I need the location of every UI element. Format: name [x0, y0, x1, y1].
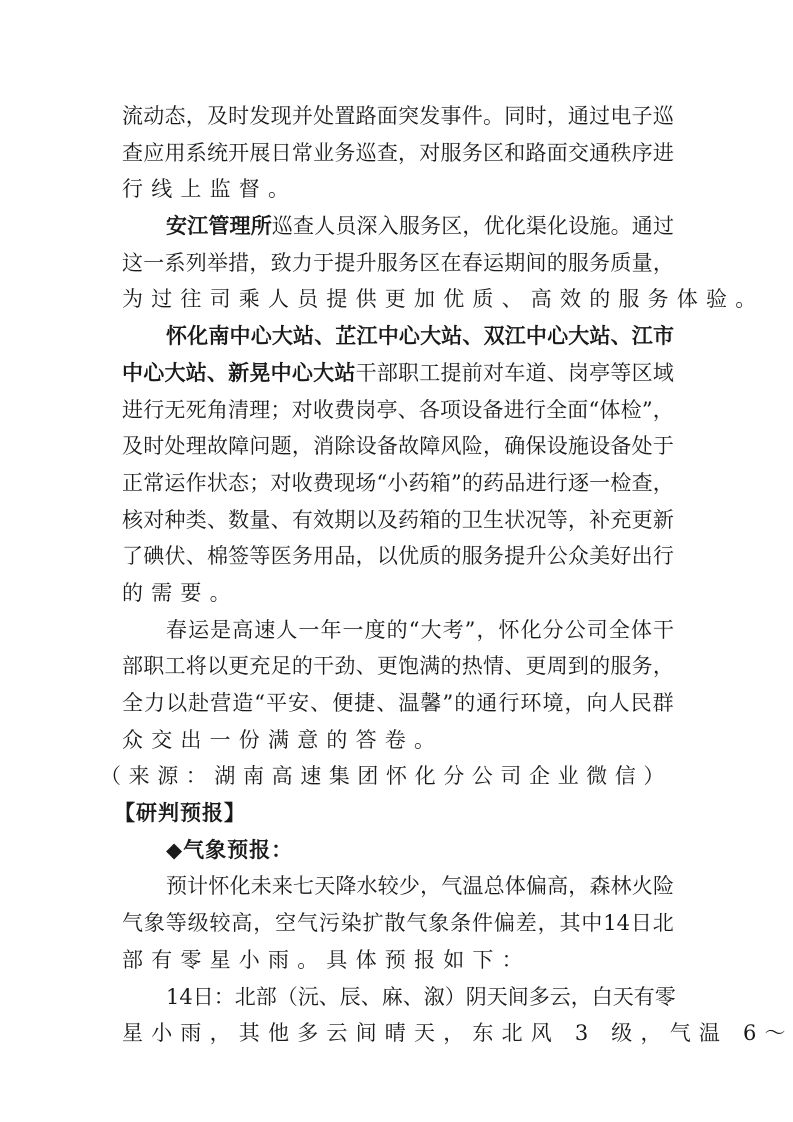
glyph: 江 — [357, 318, 378, 355]
glyph: 务 — [462, 135, 483, 172]
glyph: 一 — [143, 245, 164, 282]
glyph: ， — [571, 979, 592, 1016]
glyph: 区 — [632, 355, 653, 392]
glyph: 数 — [228, 502, 249, 539]
glyph: 中 — [581, 905, 602, 942]
glyph: 常 — [292, 135, 313, 172]
glyph: 阴 — [466, 979, 487, 1016]
glyph: 提 — [504, 538, 525, 575]
glyph: 理 — [186, 428, 207, 465]
glyph: 市 — [653, 318, 674, 355]
glyph: 作 — [186, 465, 207, 502]
glyph: 确 — [504, 428, 525, 465]
glyph: 、 — [462, 318, 483, 355]
glyph: 行 — [547, 465, 568, 502]
glyph: 七 — [293, 868, 314, 905]
glyph: 行 — [653, 538, 674, 575]
glyph: 提 — [334, 245, 355, 282]
glyph: 白 — [592, 979, 613, 1016]
glyph: 现 — [271, 98, 292, 135]
paragraph-line: 进行无死角清理；对收费岗亭、各项设备进行全面“体检”， — [122, 392, 674, 429]
glyph: 干 — [356, 355, 377, 392]
glyph: 大 — [272, 318, 293, 355]
glyph: 一 — [589, 465, 610, 502]
glyph: 查 — [632, 465, 653, 502]
glyph: 总 — [484, 868, 505, 905]
glyph: 晃 — [249, 355, 270, 392]
subsection-heading: ◆气象预报： — [122, 832, 674, 869]
glyph: 箱 — [419, 502, 440, 539]
glyph: 优 — [484, 208, 505, 245]
glyph: 置 — [334, 98, 355, 135]
glyph: 等 — [249, 538, 270, 575]
glyph: 有 — [634, 979, 655, 1016]
glyph: 北 — [235, 979, 256, 1016]
glyph: 医 — [271, 538, 292, 575]
glyph: 区 — [419, 245, 440, 282]
glyph: 化 — [230, 868, 251, 905]
paragraph-line: 及时处理故障问题，消除设备故障风险，确保设施设备处于 — [122, 428, 674, 465]
glyph: 况 — [525, 502, 546, 539]
glyph: 中 — [378, 318, 399, 355]
glyph: 优 — [398, 538, 419, 575]
glyph: 的 — [441, 502, 462, 539]
glyph: 新 — [653, 502, 674, 539]
glyph: ” — [451, 465, 462, 502]
glyph: 云 — [550, 979, 571, 1016]
glyph: 的 — [462, 465, 483, 502]
glyph: 扩 — [363, 905, 384, 942]
line-text: 的需要。 — [122, 575, 239, 612]
glyph: 人 — [276, 612, 297, 649]
glyph: 除 — [334, 428, 355, 465]
glyph: 检 — [621, 392, 642, 429]
glyph: 更 — [228, 648, 249, 685]
glyph: 查 — [122, 135, 143, 172]
glyph: 亭 — [589, 355, 610, 392]
glyph: 预 — [166, 868, 187, 905]
glyph: 、 — [547, 355, 568, 392]
glyph: 运 — [188, 612, 209, 649]
glyph: 通 — [476, 685, 497, 722]
glyph: 理 — [249, 392, 270, 429]
glyph: 巡 — [356, 135, 377, 172]
glyph: ， — [249, 245, 270, 282]
glyph: ， — [564, 685, 585, 722]
glyph: 量 — [632, 245, 653, 282]
glyph: 种 — [164, 502, 185, 539]
glyph: 药 — [409, 465, 430, 502]
glyph: （ — [277, 979, 298, 1016]
glyph: 域 — [653, 355, 674, 392]
glyph: 并 — [292, 98, 313, 135]
glyph: 新 — [228, 355, 249, 392]
glyph: 统 — [207, 135, 228, 172]
paragraph-line: 中心大站、新晃中心大站干部职工提前对车道、岗亭等区域 — [122, 355, 674, 392]
glyph: 群 — [653, 685, 674, 722]
glyph: 水 — [357, 868, 378, 905]
glyph: 大 — [313, 355, 334, 392]
paragraph-line: 正常运作状态；对收费现场“小药箱”的药品进行逐一检查， — [122, 465, 674, 502]
glyph: 。 — [611, 208, 632, 245]
glyph: 。 — [483, 98, 504, 135]
glyph: 质 — [610, 245, 631, 282]
glyph: ， — [483, 428, 504, 465]
glyph: 安 — [288, 685, 309, 722]
glyph: 麻 — [382, 979, 403, 1016]
glyph: 心 — [292, 355, 313, 392]
glyph: 施 — [568, 428, 589, 465]
glyph: 路 — [356, 98, 377, 135]
glyph: 热 — [462, 648, 483, 685]
paragraph-line: 这一系列举措，致力于提升服务区在春运期间的服务质量， — [122, 245, 674, 282]
forecast-line: 预计怀化未来七天降水较少，气温总体偏高，森林火险 — [122, 868, 674, 905]
glyph: 高 — [547, 868, 568, 905]
glyph: ， — [398, 135, 419, 172]
paragraph-line: 众交出一份满意的答卷。 — [122, 722, 674, 759]
glyph: 人 — [314, 208, 335, 245]
glyph: 在 — [441, 245, 462, 282]
glyph: 质 — [419, 538, 440, 575]
glyph: 、 — [398, 392, 419, 429]
glyph: 及 — [207, 98, 228, 135]
glyph: 常 — [143, 465, 164, 502]
glyph: 突 — [398, 98, 419, 135]
glyph: 、 — [504, 648, 525, 685]
glyph: 春 — [166, 612, 187, 649]
glyph: 充 — [610, 502, 631, 539]
glyph: 通 — [568, 98, 589, 135]
glyph: 效 — [313, 502, 334, 539]
glyph: 气 — [441, 868, 462, 905]
glyph: 体 — [505, 868, 526, 905]
glyph: 子 — [632, 98, 653, 135]
glyph: 通 — [632, 208, 653, 245]
glyph: 公 — [547, 538, 568, 575]
glyph: 对 — [483, 355, 504, 392]
glyph: 角 — [207, 392, 228, 429]
glyph: 干 — [653, 612, 674, 649]
glyph: 务 — [420, 208, 441, 245]
glyph: 化 — [547, 208, 568, 245]
glyph: 障 — [419, 428, 440, 465]
glyph: 一 — [343, 612, 364, 649]
glyph: 深 — [357, 208, 378, 245]
glyph: 以 — [166, 685, 187, 722]
forecast-line: 气象等级较高，空气污染扩散气象条件偏差，其中14日北 — [122, 905, 674, 942]
glyph: 、 — [376, 685, 397, 722]
glyph: 以 — [207, 648, 228, 685]
glyph: 心 — [251, 318, 272, 355]
glyph: 象 — [144, 905, 165, 942]
glyph: 公 — [565, 612, 586, 649]
paragraph-line: 全力以赴营造“平安、便捷、温馨”的通行环境，向人民群 — [122, 685, 674, 722]
glyph: 偏 — [494, 905, 515, 942]
line-text: 为过往司乘人员提供更加优质、高效的服务体验。 — [122, 281, 764, 318]
glyph: 清 — [228, 392, 249, 429]
forecast-line: 部有零星小雨。具体预报如下： — [122, 942, 674, 979]
glyph: 消 — [313, 428, 334, 465]
glyph: 理 — [230, 208, 251, 245]
glyph: 品 — [334, 538, 355, 575]
glyph: 、 — [361, 979, 382, 1016]
glyph: 期 — [504, 245, 525, 282]
glyph: 到 — [568, 648, 589, 685]
glyph: 来 — [272, 868, 293, 905]
glyph: ； — [270, 392, 291, 429]
glyph: 的 — [441, 648, 462, 685]
glyph: 量 — [249, 502, 270, 539]
glyph: 举 — [207, 245, 228, 282]
glyph: ； — [249, 465, 270, 502]
glyph: 芷 — [335, 318, 356, 355]
glyph: 春 — [462, 245, 483, 282]
glyph: 日 — [193, 979, 214, 1016]
glyph: 备 — [610, 428, 631, 465]
glyph: 收 — [292, 465, 313, 502]
document-body: 流动态，及时发现并处置路面突发事件。同时，通过电子巡 查应用系统开展日常业务巡查… — [122, 98, 674, 1052]
paragraph-line: 安江管理所巡查人员深入服务区，优化渠化设施。通过 — [122, 208, 674, 245]
glyph: 了 — [122, 538, 143, 575]
paragraph-line: 的需要。 — [122, 575, 674, 612]
glyph: 以 — [356, 502, 377, 539]
glyph: 空 — [275, 905, 296, 942]
glyph: 、 — [186, 538, 207, 575]
glyph: 站 — [441, 318, 462, 355]
glyph: 温 — [462, 868, 483, 905]
glyph: 中 — [526, 318, 547, 355]
glyph: 所 — [251, 208, 272, 245]
glyph: 全 — [546, 392, 567, 429]
glyph: 管 — [208, 208, 229, 245]
glyph: 岗 — [355, 392, 376, 429]
glyph: 处 — [164, 428, 185, 465]
glyph: 伏 — [164, 538, 185, 575]
glyph: 人 — [609, 685, 630, 722]
glyph: 气 — [122, 905, 143, 942]
glyph: 动 — [143, 98, 164, 135]
glyph: 、 — [310, 685, 331, 722]
glyph: 气 — [297, 905, 318, 942]
paragraph-line: 怀化南中心大站、芷江中心大站、双江中心大站、江市 — [122, 318, 674, 355]
glyph: 较 — [378, 868, 399, 905]
glyph: 森 — [589, 868, 610, 905]
glyph: 怀 — [208, 868, 229, 905]
glyph: 多 — [529, 979, 550, 1016]
glyph: 秩 — [610, 135, 631, 172]
glyph: 题 — [271, 428, 292, 465]
glyph: 天 — [487, 979, 508, 1016]
glyph: 碘 — [143, 538, 164, 575]
glyph: 力 — [144, 685, 165, 722]
glyph: ， — [356, 538, 377, 575]
glyph: 充 — [249, 648, 270, 685]
glyph: 保 — [525, 428, 546, 465]
glyph: 检 — [610, 465, 631, 502]
glyph: 站 — [293, 318, 314, 355]
paragraph-line: 流动态，及时发现并处置路面突发事件。同时，通过电子巡 — [122, 98, 674, 135]
glyph: 险 — [462, 428, 483, 465]
glyph: ， — [653, 245, 674, 282]
glyph: 站 — [186, 355, 207, 392]
glyph: 出 — [632, 538, 653, 575]
glyph: 件 — [472, 905, 493, 942]
glyph: 温 — [398, 685, 419, 722]
glyph: 务 — [292, 538, 313, 575]
glyph: 核 — [122, 502, 143, 539]
glyph: 高 — [231, 905, 252, 942]
glyph: 服 — [441, 135, 462, 172]
glyph: 天 — [314, 868, 335, 905]
glyph: 其 — [560, 905, 581, 942]
glyph: 处 — [313, 98, 334, 135]
glyph: 时 — [228, 98, 249, 135]
source-attribution: （来源：湖南高速集团怀化分公司企业微信） — [122, 758, 674, 795]
glyph: 江 — [187, 208, 208, 245]
glyph: 件 — [462, 98, 483, 135]
glyph: 进 — [504, 392, 525, 429]
glyph: 面 — [547, 135, 568, 172]
glyph: 措 — [228, 245, 249, 282]
glyph: 费 — [313, 465, 334, 502]
glyph: 小 — [387, 465, 408, 502]
glyph: 怀 — [166, 318, 187, 355]
glyph: ， — [420, 868, 441, 905]
glyph: 服 — [610, 648, 631, 685]
glyph: 提 — [441, 355, 462, 392]
glyph: 司 — [587, 612, 608, 649]
document-page: 流动态，及时发现并处置路面突发事件。同时，通过电子巡 查应用系统开展日常业务巡查… — [0, 0, 793, 1122]
glyph: 足 — [271, 648, 292, 685]
paragraph-line: 查应用系统开展日常业务巡查，对服务区和路面交通秩序进 — [122, 135, 674, 172]
glyph: 序 — [632, 135, 653, 172]
glyph: ， — [186, 98, 207, 135]
glyph: 境 — [542, 685, 563, 722]
glyph: 时 — [525, 98, 546, 135]
glyph: 用 — [164, 135, 185, 172]
glyph: 设 — [568, 208, 589, 245]
glyph: 周 — [547, 648, 568, 685]
glyph: 务 — [632, 648, 653, 685]
glyph: 费 — [334, 392, 355, 429]
glyph: 行 — [525, 392, 546, 429]
glyph: 障 — [228, 428, 249, 465]
glyph: 级 — [188, 905, 209, 942]
glyph: 通 — [589, 135, 610, 172]
glyph: 行 — [143, 392, 164, 429]
paragraph-line: 核对种类、数量、有效期以及药箱的卫生状况等，补充更新 — [122, 502, 674, 539]
glyph: 大 — [568, 318, 589, 355]
glyph: 更 — [525, 648, 546, 685]
glyph: “ — [376, 465, 387, 502]
glyph: 江 — [505, 318, 526, 355]
glyph: 、 — [356, 648, 377, 685]
glyph: 未 — [251, 868, 272, 905]
glyph: 系 — [186, 135, 207, 172]
glyph: 溆 — [424, 979, 445, 1016]
glyph: 向 — [587, 685, 608, 722]
glyph: 应 — [143, 135, 164, 172]
paragraph-line: 春运是高速人一年一度的“大考”，怀化分公司全体干 — [122, 612, 674, 649]
glyph: 死 — [186, 392, 207, 429]
glyph: 险 — [653, 868, 674, 905]
glyph: 、 — [271, 502, 292, 539]
glyph: 部 — [256, 979, 277, 1016]
glyph: 面 — [377, 98, 398, 135]
glyph: 及 — [122, 428, 143, 465]
glyph: 入 — [378, 208, 399, 245]
glyph: 设 — [547, 428, 568, 465]
glyph: 态 — [164, 98, 185, 135]
glyph: 状 — [207, 465, 228, 502]
glyph: 民 — [631, 685, 652, 722]
glyph: 施 — [589, 208, 610, 245]
glyph: 等 — [166, 905, 187, 942]
glyph: 度 — [365, 612, 386, 649]
glyph: 过 — [589, 98, 610, 135]
glyph: 职 — [398, 355, 419, 392]
glyph: ， — [538, 905, 559, 942]
glyph: 、 — [314, 318, 335, 355]
glyph: 化 — [187, 318, 208, 355]
glyph: ， — [653, 392, 674, 429]
glyph: 、 — [207, 355, 228, 392]
glyph: 少 — [399, 868, 420, 905]
glyph: 14 — [166, 979, 193, 1016]
glyph: 速 — [254, 612, 275, 649]
glyph: 项 — [440, 392, 461, 429]
glyph: ， — [568, 868, 589, 905]
glyph: 众 — [568, 538, 589, 575]
glyph: 渠 — [526, 208, 547, 245]
glyph: 进 — [526, 465, 547, 502]
glyph: 平 — [266, 685, 287, 722]
glyph: 沅 — [298, 979, 319, 1016]
glyph: 营 — [210, 685, 231, 722]
forecast-day-line: 星小雨，其他多云间晴天，东北风 3 级，气温 6～17 度； — [122, 1015, 674, 1052]
glyph: 年 — [320, 612, 341, 649]
glyph: 天 — [613, 979, 634, 1016]
glyph: 亭 — [376, 392, 397, 429]
glyph: 部 — [122, 648, 143, 685]
glyph: 赴 — [188, 685, 209, 722]
line-text: 星小雨，其他多云间晴天，东北风 3 级，气温 6～17 度； — [122, 1015, 793, 1052]
glyph: 劲 — [334, 648, 355, 685]
glyph: 美 — [589, 538, 610, 575]
paragraph-line: 了碘伏、棉签等医务用品，以优质的服务提升公众美好出行 — [122, 538, 674, 575]
glyph: 设 — [356, 428, 377, 465]
glyph: 收 — [313, 392, 334, 429]
glyph: ） — [445, 979, 466, 1016]
glyph: 设 — [589, 428, 610, 465]
glyph: 工 — [164, 648, 185, 685]
glyph: 间 — [508, 979, 529, 1016]
glyph: 备 — [377, 428, 398, 465]
glyph: 对 — [270, 465, 291, 502]
glyph: ： — [214, 979, 235, 1016]
glyph: 化 — [521, 612, 542, 649]
glyph: 分 — [543, 612, 564, 649]
glyph: 、 — [611, 318, 632, 355]
glyph: 道 — [525, 355, 546, 392]
glyph: 较 — [210, 905, 231, 942]
glyph: ， — [653, 648, 674, 685]
glyph: 散 — [385, 905, 406, 942]
glyph: 对 — [419, 135, 440, 172]
glyph: 场 — [355, 465, 376, 502]
glyph: “ — [588, 392, 599, 429]
glyph: 偏 — [526, 868, 547, 905]
